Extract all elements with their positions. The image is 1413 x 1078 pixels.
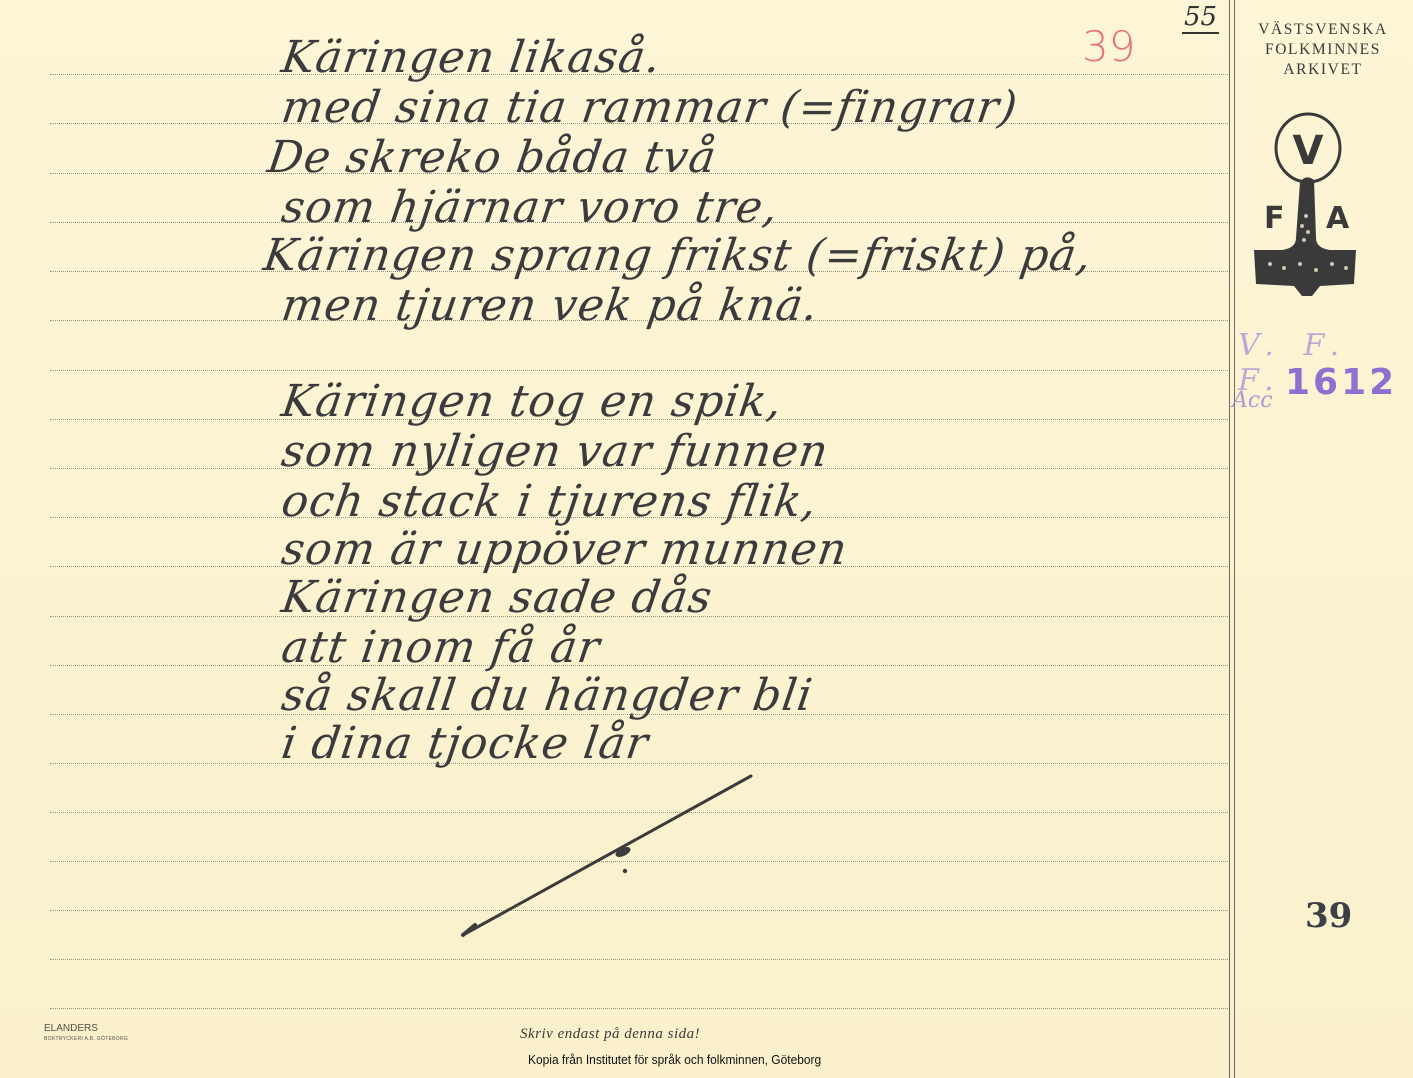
printer-sub: BOKTRYCKERI A.B. GÖTEBORG xyxy=(44,1034,128,1044)
handwritten-line: som hjärnar voro tre, xyxy=(278,182,781,233)
handwritten-line: Käringen sade dås xyxy=(278,572,715,623)
logo-letter-v: V xyxy=(1293,128,1324,174)
handwritten-line: Käringen sprang frikst (=friskt) på, xyxy=(260,230,1095,281)
red-page-number: 39 xyxy=(1082,22,1135,71)
ruled-line xyxy=(50,1008,1228,1009)
form-instruction: Skriv endast på denna sida! xyxy=(520,1026,700,1043)
margin-line xyxy=(1234,0,1235,1078)
logo-letter-a: A xyxy=(1326,201,1350,236)
printer-name: ELANDERS xyxy=(44,1023,98,1034)
archive-title: VÄSTSVENSKA FOLKMINNES ARKIVET xyxy=(1240,20,1406,80)
copy-note: Kopia från Institutet för språk och folk… xyxy=(528,1052,821,1067)
archive-title-line: ARKIVET xyxy=(1240,60,1406,80)
logo-letter-f: F xyxy=(1264,201,1285,236)
stamp-acc-label: Acc xyxy=(1232,388,1273,413)
handwritten-line: Käringen likaså. xyxy=(278,32,664,83)
end-flourish-icon xyxy=(455,770,765,945)
archive-title-line: VÄSTSVENSKA xyxy=(1240,20,1406,40)
handwritten-line: De skreko båda två xyxy=(264,132,719,183)
sheet-number: 55 xyxy=(1182,4,1219,34)
handwritten-line: med sina tia rammar (=fingrar) xyxy=(278,82,1021,133)
handwritten-line: i dina tjocke lår xyxy=(278,718,652,769)
handwritten-line: som nyligen var funnen xyxy=(278,426,832,477)
stamp-acc-number: 1612 xyxy=(1285,362,1397,403)
printer-mark: ELANDERS BOKTRYCKERI A.B. GÖTEBORG xyxy=(44,1024,128,1044)
thors-hammer-icon: V F A xyxy=(1250,108,1360,308)
page-number: 39 xyxy=(1305,896,1352,936)
archive-title-line: FOLKMINNES xyxy=(1240,40,1406,60)
margin-line xyxy=(1229,0,1230,1078)
handwritten-line: och stack i tjurens flik, xyxy=(278,476,820,527)
ruled-line xyxy=(50,665,1228,666)
handwritten-line: som är uppöver munnen xyxy=(278,524,850,575)
handwritten-line: så skall du hängder bli xyxy=(278,670,816,721)
handwritten-line: Käringen tog en spik, xyxy=(278,376,785,427)
ruled-line xyxy=(50,370,1228,371)
handwritten-line: men tjuren vek på knä. xyxy=(278,280,821,331)
handwritten-line: att inom få år xyxy=(278,622,603,673)
ruled-line xyxy=(50,959,1228,960)
archive-card: 55 39 VÄSTSVENSKA FOLKMINNES ARKIVET V F… xyxy=(0,0,1413,1078)
